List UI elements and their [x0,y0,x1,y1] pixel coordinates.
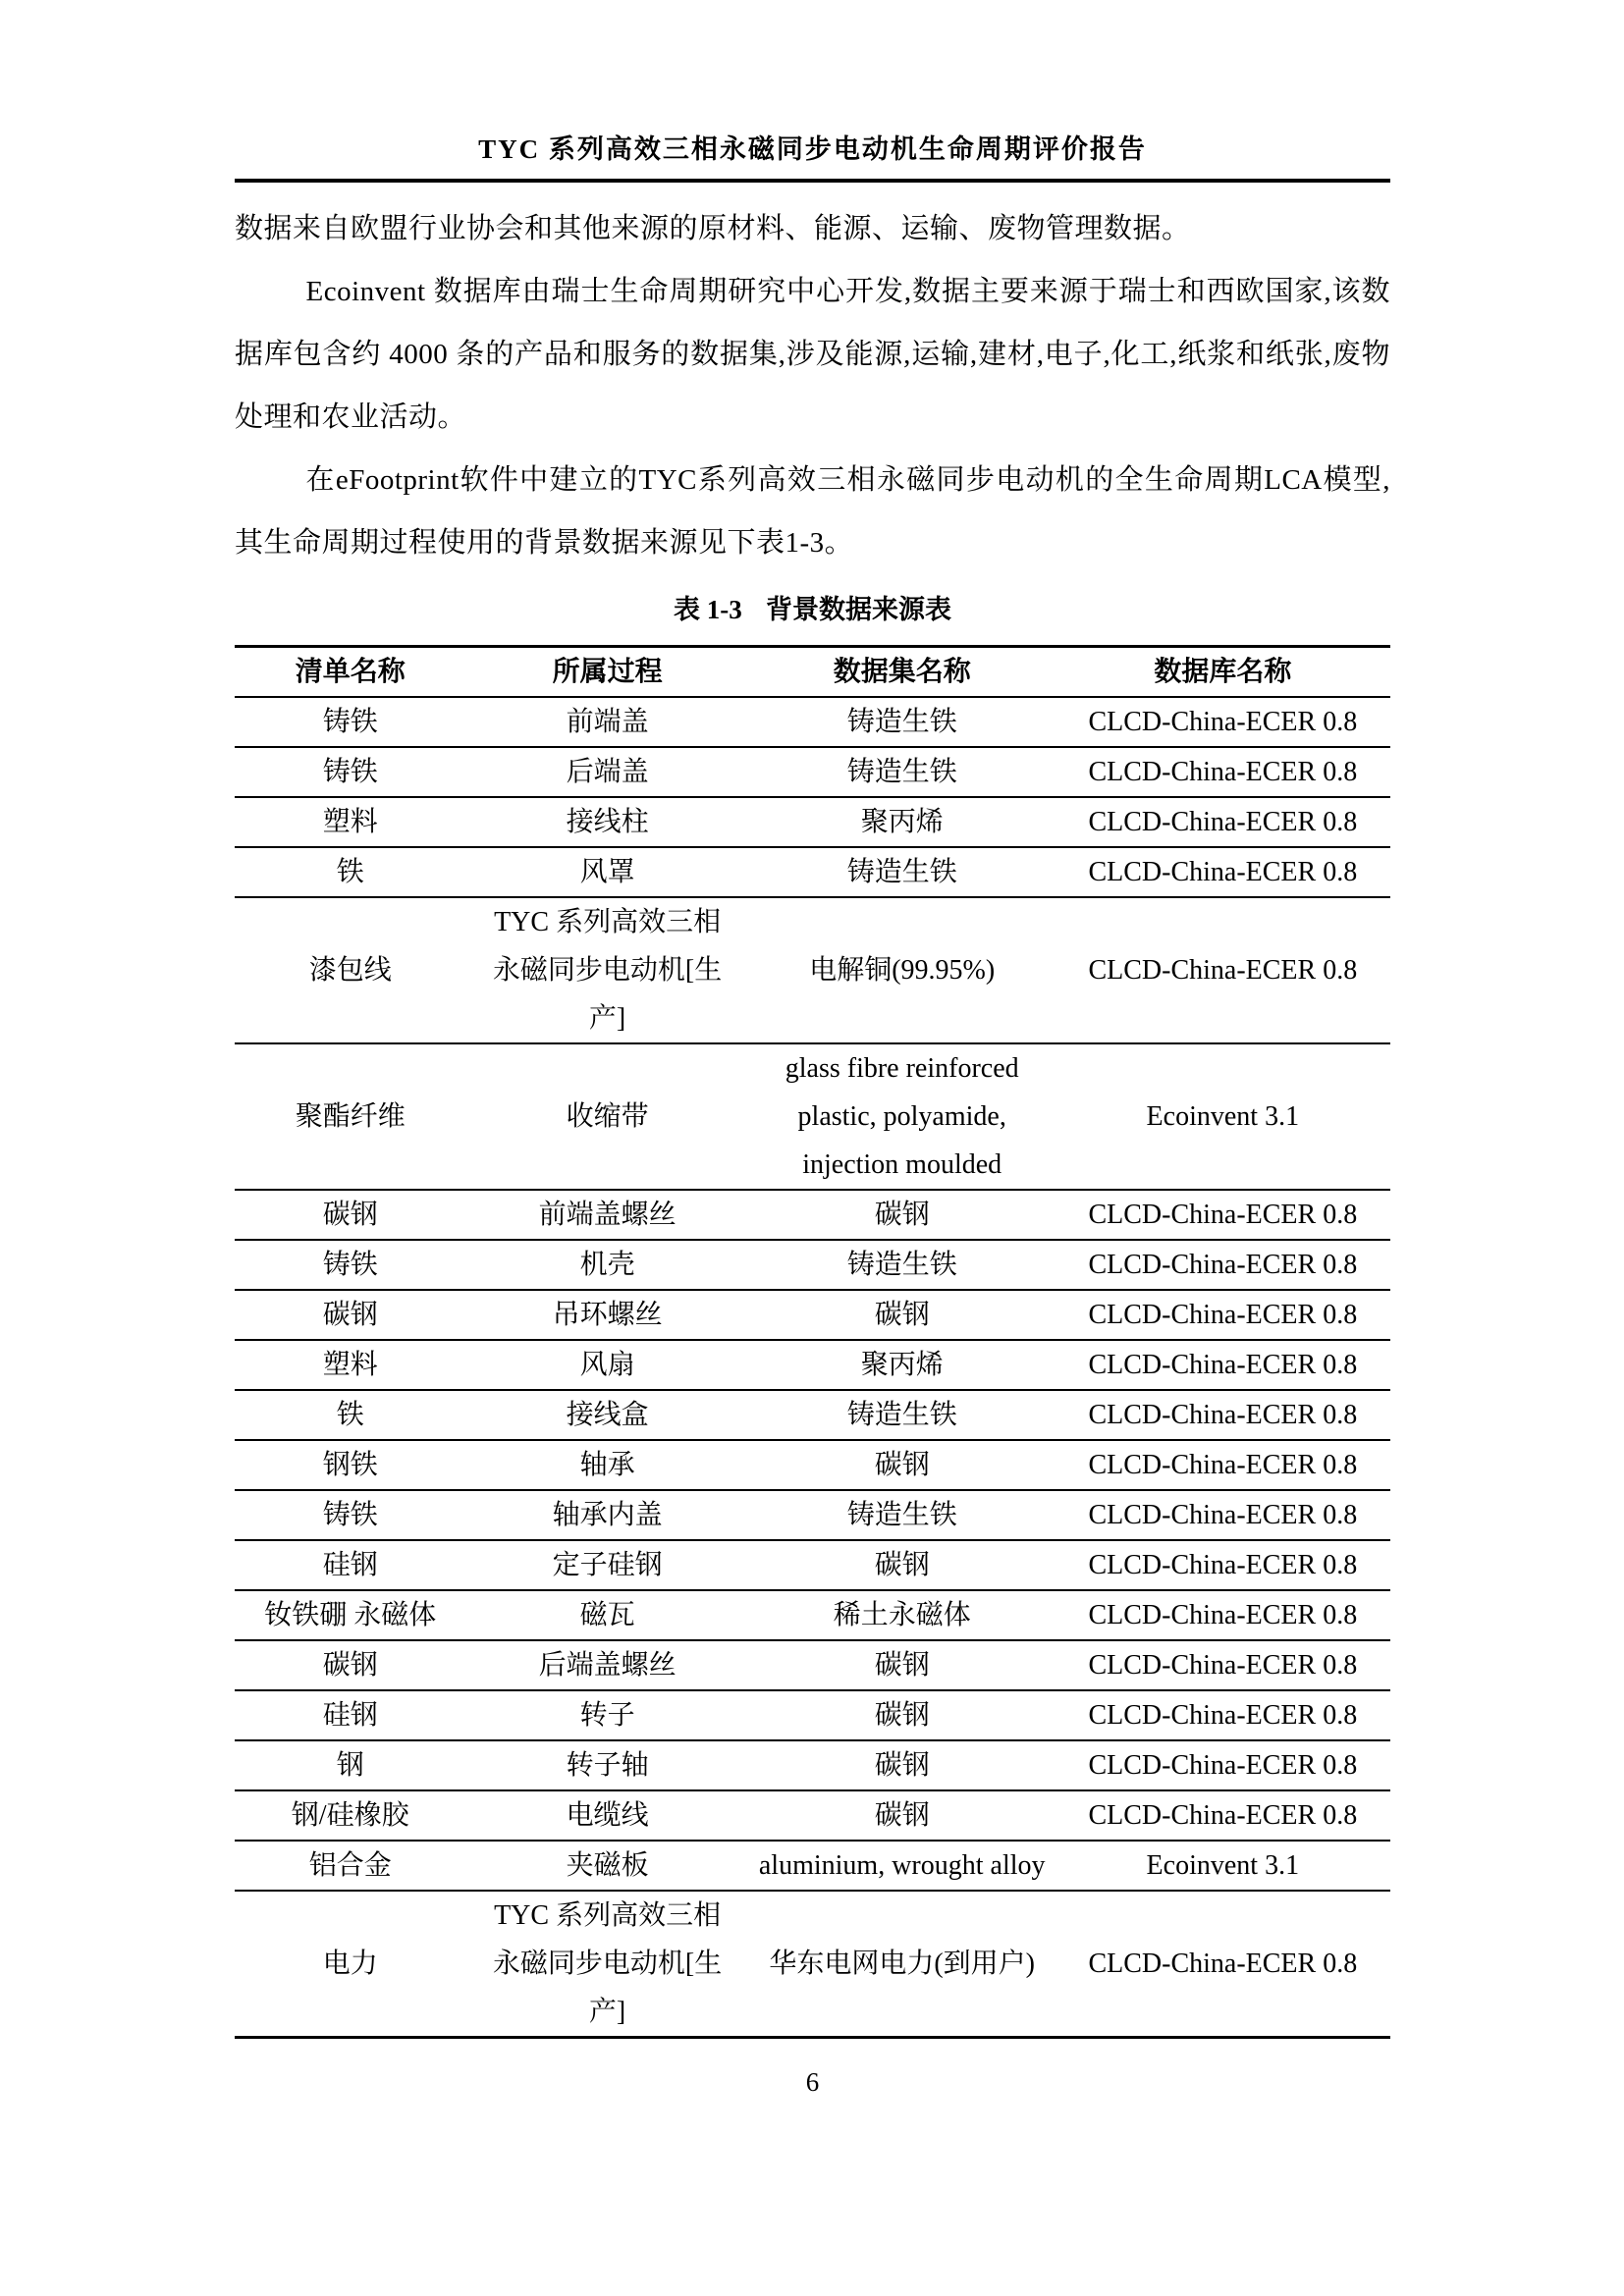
table-cell: CLCD-China-ECER 0.8 [1056,1440,1390,1490]
table-cell: 电缆线 [465,1790,748,1841]
table-cell: 碳钢 [749,1640,1056,1690]
table-cell: 钢 [235,1740,465,1790]
table-cell: CLCD-China-ECER 0.8 [1056,1390,1390,1440]
table-cell: 机壳 [465,1240,748,1290]
table-cell: CLCD-China-ECER 0.8 [1056,1690,1390,1740]
table-cell: 碳钢 [749,1740,1056,1790]
table-cell: Ecoinvent 3.1 [1056,1841,1390,1891]
table-cell: 钕铁硼 永磁体 [235,1590,465,1640]
table-cell: Ecoinvent 3.1 [1056,1043,1390,1190]
table-row: 铁接线盒铸造生铁CLCD-China-ECER 0.8 [235,1390,1390,1440]
table-cell: 前端盖螺丝 [465,1190,748,1240]
table-cell: CLCD-China-ECER 0.8 [1056,1340,1390,1390]
table-cell: CLCD-China-ECER 0.8 [1056,1590,1390,1640]
table-cell: 磁瓦 [465,1590,748,1640]
page-content: TYC 系列高效三相永磁同步电动机生命周期评价报告 数据来自欧盟行业协会和其他来… [235,0,1390,2100]
table-cell: 前端盖 [465,697,748,747]
table-cell: 轴承 [465,1440,748,1490]
table-cell: 钢/硅橡胶 [235,1790,465,1841]
table-cell: 硅钢 [235,1540,465,1590]
table-cell: 接线柱 [465,797,748,847]
table-cell: 铸造生铁 [749,1490,1056,1540]
body-text-block: 数据来自欧盟行业协会和其他来源的原材料、能源、运输、废物管理数据。 Ecoinv… [235,197,1390,574]
table-cell: 漆包线 [235,897,465,1043]
page-header: TYC 系列高效三相永磁同步电动机生命周期评价报告 [235,0,1390,183]
table-row: 漆包线TYC 系列高效三相 永磁同步电动机[生 产]电解铜(99.95%)CLC… [235,897,1390,1043]
table-cell: 碳钢 [749,1540,1056,1590]
table-cell: CLCD-China-ECER 0.8 [1056,1240,1390,1290]
table-row: 钕铁硼 永磁体磁瓦稀土永磁体CLCD-China-ECER 0.8 [235,1590,1390,1640]
table-cell: 定子硅钢 [465,1540,748,1590]
table-cell: CLCD-China-ECER 0.8 [1056,747,1390,797]
table-cell: 碳钢 [235,1190,465,1240]
table-cell: 聚丙烯 [749,1340,1056,1390]
table-cell: 铸造生铁 [749,747,1056,797]
table-cell: 聚酯纤维 [235,1043,465,1190]
column-header-process: 所属过程 [465,647,748,698]
table-cell: CLCD-China-ECER 0.8 [1056,1640,1390,1690]
background-data-source-table: 清单名称 所属过程 数据集名称 数据库名称 铸铁前端盖铸造生铁CLCD-Chin… [235,645,1390,2039]
table-row: 铁风罩铸造生铁CLCD-China-ECER 0.8 [235,847,1390,897]
table-cell: CLCD-China-ECER 0.8 [1056,797,1390,847]
table-cell: 电力 [235,1891,465,2038]
column-header-dataset-name: 数据集名称 [749,647,1056,698]
table-row: 钢铁轴承碳钢CLCD-China-ECER 0.8 [235,1440,1390,1490]
table-cell: 硅钢 [235,1690,465,1740]
table-row: 塑料接线柱聚丙烯CLCD-China-ECER 0.8 [235,797,1390,847]
table-cell: 接线盒 [465,1390,748,1440]
table-cell: 碳钢 [235,1290,465,1340]
table-cell: 铸铁 [235,747,465,797]
table-cell: 铸铁 [235,697,465,747]
table-cell: 收缩带 [465,1043,748,1190]
table-cell: 铸铁 [235,1240,465,1290]
table-cell: CLCD-China-ECER 0.8 [1056,847,1390,897]
table-cell: 吊环螺丝 [465,1290,748,1340]
table-cell: 稀土永磁体 [749,1590,1056,1640]
table-cell: 铸造生铁 [749,697,1056,747]
table-caption: 表 1-3背景数据来源表 [235,582,1390,637]
page-header-title: TYC 系列高效三相永磁同步电动机生命周期评价报告 [478,134,1147,164]
table-cell: CLCD-China-ECER 0.8 [1056,1790,1390,1841]
table-cell: 塑料 [235,797,465,847]
table-cell: CLCD-China-ECER 0.8 [1056,1540,1390,1590]
table-cell: 聚丙烯 [749,797,1056,847]
table-row: 铸铁后端盖铸造生铁CLCD-China-ECER 0.8 [235,747,1390,797]
table-row: 碳钢吊环螺丝碳钢CLCD-China-ECER 0.8 [235,1290,1390,1340]
table-cell: CLCD-China-ECER 0.8 [1056,1290,1390,1340]
table-cell: 转子 [465,1690,748,1740]
page-number: 6 [235,2064,1390,2100]
table-cell: 铸铁 [235,1490,465,1540]
table-cell: CLCD-China-ECER 0.8 [1056,1740,1390,1790]
table-cell: 铸造生铁 [749,847,1056,897]
table-cell: aluminium, wrought alloy [749,1841,1056,1891]
table-row: 硅钢定子硅钢碳钢CLCD-China-ECER 0.8 [235,1540,1390,1590]
table-cell: 电解铜(99.95%) [749,897,1056,1043]
table-cell: glass fibre reinforced plastic, polyamid… [749,1043,1056,1190]
table-row: 铝合金夹磁板aluminium, wrought alloyEcoinvent … [235,1841,1390,1891]
table-cell: TYC 系列高效三相 永磁同步电动机[生 产] [465,897,748,1043]
table-row: 钢转子轴碳钢CLCD-China-ECER 0.8 [235,1740,1390,1790]
table-cell: 钢铁 [235,1440,465,1490]
table-row: 铸铁机壳铸造生铁CLCD-China-ECER 0.8 [235,1240,1390,1290]
table-cell: 碳钢 [749,1290,1056,1340]
table-row: 铸铁轴承内盖铸造生铁CLCD-China-ECER 0.8 [235,1490,1390,1540]
table-cell: 铝合金 [235,1841,465,1891]
table-cell: 后端盖 [465,747,748,797]
table-cell: CLCD-China-ECER 0.8 [1056,1891,1390,2038]
table-cell: 铸造生铁 [749,1240,1056,1290]
table-cell: 铁 [235,1390,465,1440]
table-cell: 碳钢 [749,1440,1056,1490]
table-cell: CLCD-China-ECER 0.8 [1056,1490,1390,1540]
body-paragraph-2: Ecoinvent 数据库由瑞士生命周期研究中心开发,数据主要来源于瑞士和西欧国… [235,260,1390,449]
table-cell: 华东电网电力(到用户) [749,1891,1056,2038]
table-cell: 夹磁板 [465,1841,748,1891]
table-row: 硅钢转子碳钢CLCD-China-ECER 0.8 [235,1690,1390,1740]
table-cell: 后端盖螺丝 [465,1640,748,1690]
table-cell: 铸造生铁 [749,1390,1056,1440]
table-cell: 风罩 [465,847,748,897]
column-header-inventory-name: 清单名称 [235,647,465,698]
table-cell: 转子轴 [465,1740,748,1790]
table-cell: 碳钢 [749,1190,1056,1240]
body-paragraph-3: 在eFootprint软件中建立的TYC系列高效三相永磁同步电动机的全生命周期L… [235,449,1390,574]
table-caption-number: 表 1-3 [674,595,742,624]
body-paragraph-1: 数据来自欧盟行业协会和其他来源的原材料、能源、运输、废物管理数据。 [235,197,1390,260]
table-cell: TYC 系列高效三相 永磁同步电动机[生 产] [465,1891,748,2038]
table-cell: CLCD-China-ECER 0.8 [1056,1190,1390,1240]
table-cell: 风扇 [465,1340,748,1390]
table-cell: CLCD-China-ECER 0.8 [1056,697,1390,747]
table-cell: 碳钢 [749,1790,1056,1841]
table-cell: 碳钢 [749,1690,1056,1740]
table-row: 塑料风扇聚丙烯CLCD-China-ECER 0.8 [235,1340,1390,1390]
table-caption-title: 背景数据来源表 [766,595,951,624]
table-cell: 碳钢 [235,1640,465,1690]
table-cell: 铁 [235,847,465,897]
table-row: 电力TYC 系列高效三相 永磁同步电动机[生 产]华东电网电力(到用户)CLCD… [235,1891,1390,2038]
table-row: 碳钢前端盖螺丝碳钢CLCD-China-ECER 0.8 [235,1190,1390,1240]
table-row: 聚酯纤维收缩带glass fibre reinforced plastic, p… [235,1043,1390,1190]
table-header-row: 清单名称 所属过程 数据集名称 数据库名称 [235,647,1390,698]
column-header-database-name: 数据库名称 [1056,647,1390,698]
table-cell: 轴承内盖 [465,1490,748,1540]
table-row: 铸铁前端盖铸造生铁CLCD-China-ECER 0.8 [235,697,1390,747]
table-row: 钢/硅橡胶电缆线碳钢CLCD-China-ECER 0.8 [235,1790,1390,1841]
table-cell: 塑料 [235,1340,465,1390]
table-cell: CLCD-China-ECER 0.8 [1056,897,1390,1043]
table-row: 碳钢后端盖螺丝碳钢CLCD-China-ECER 0.8 [235,1640,1390,1690]
